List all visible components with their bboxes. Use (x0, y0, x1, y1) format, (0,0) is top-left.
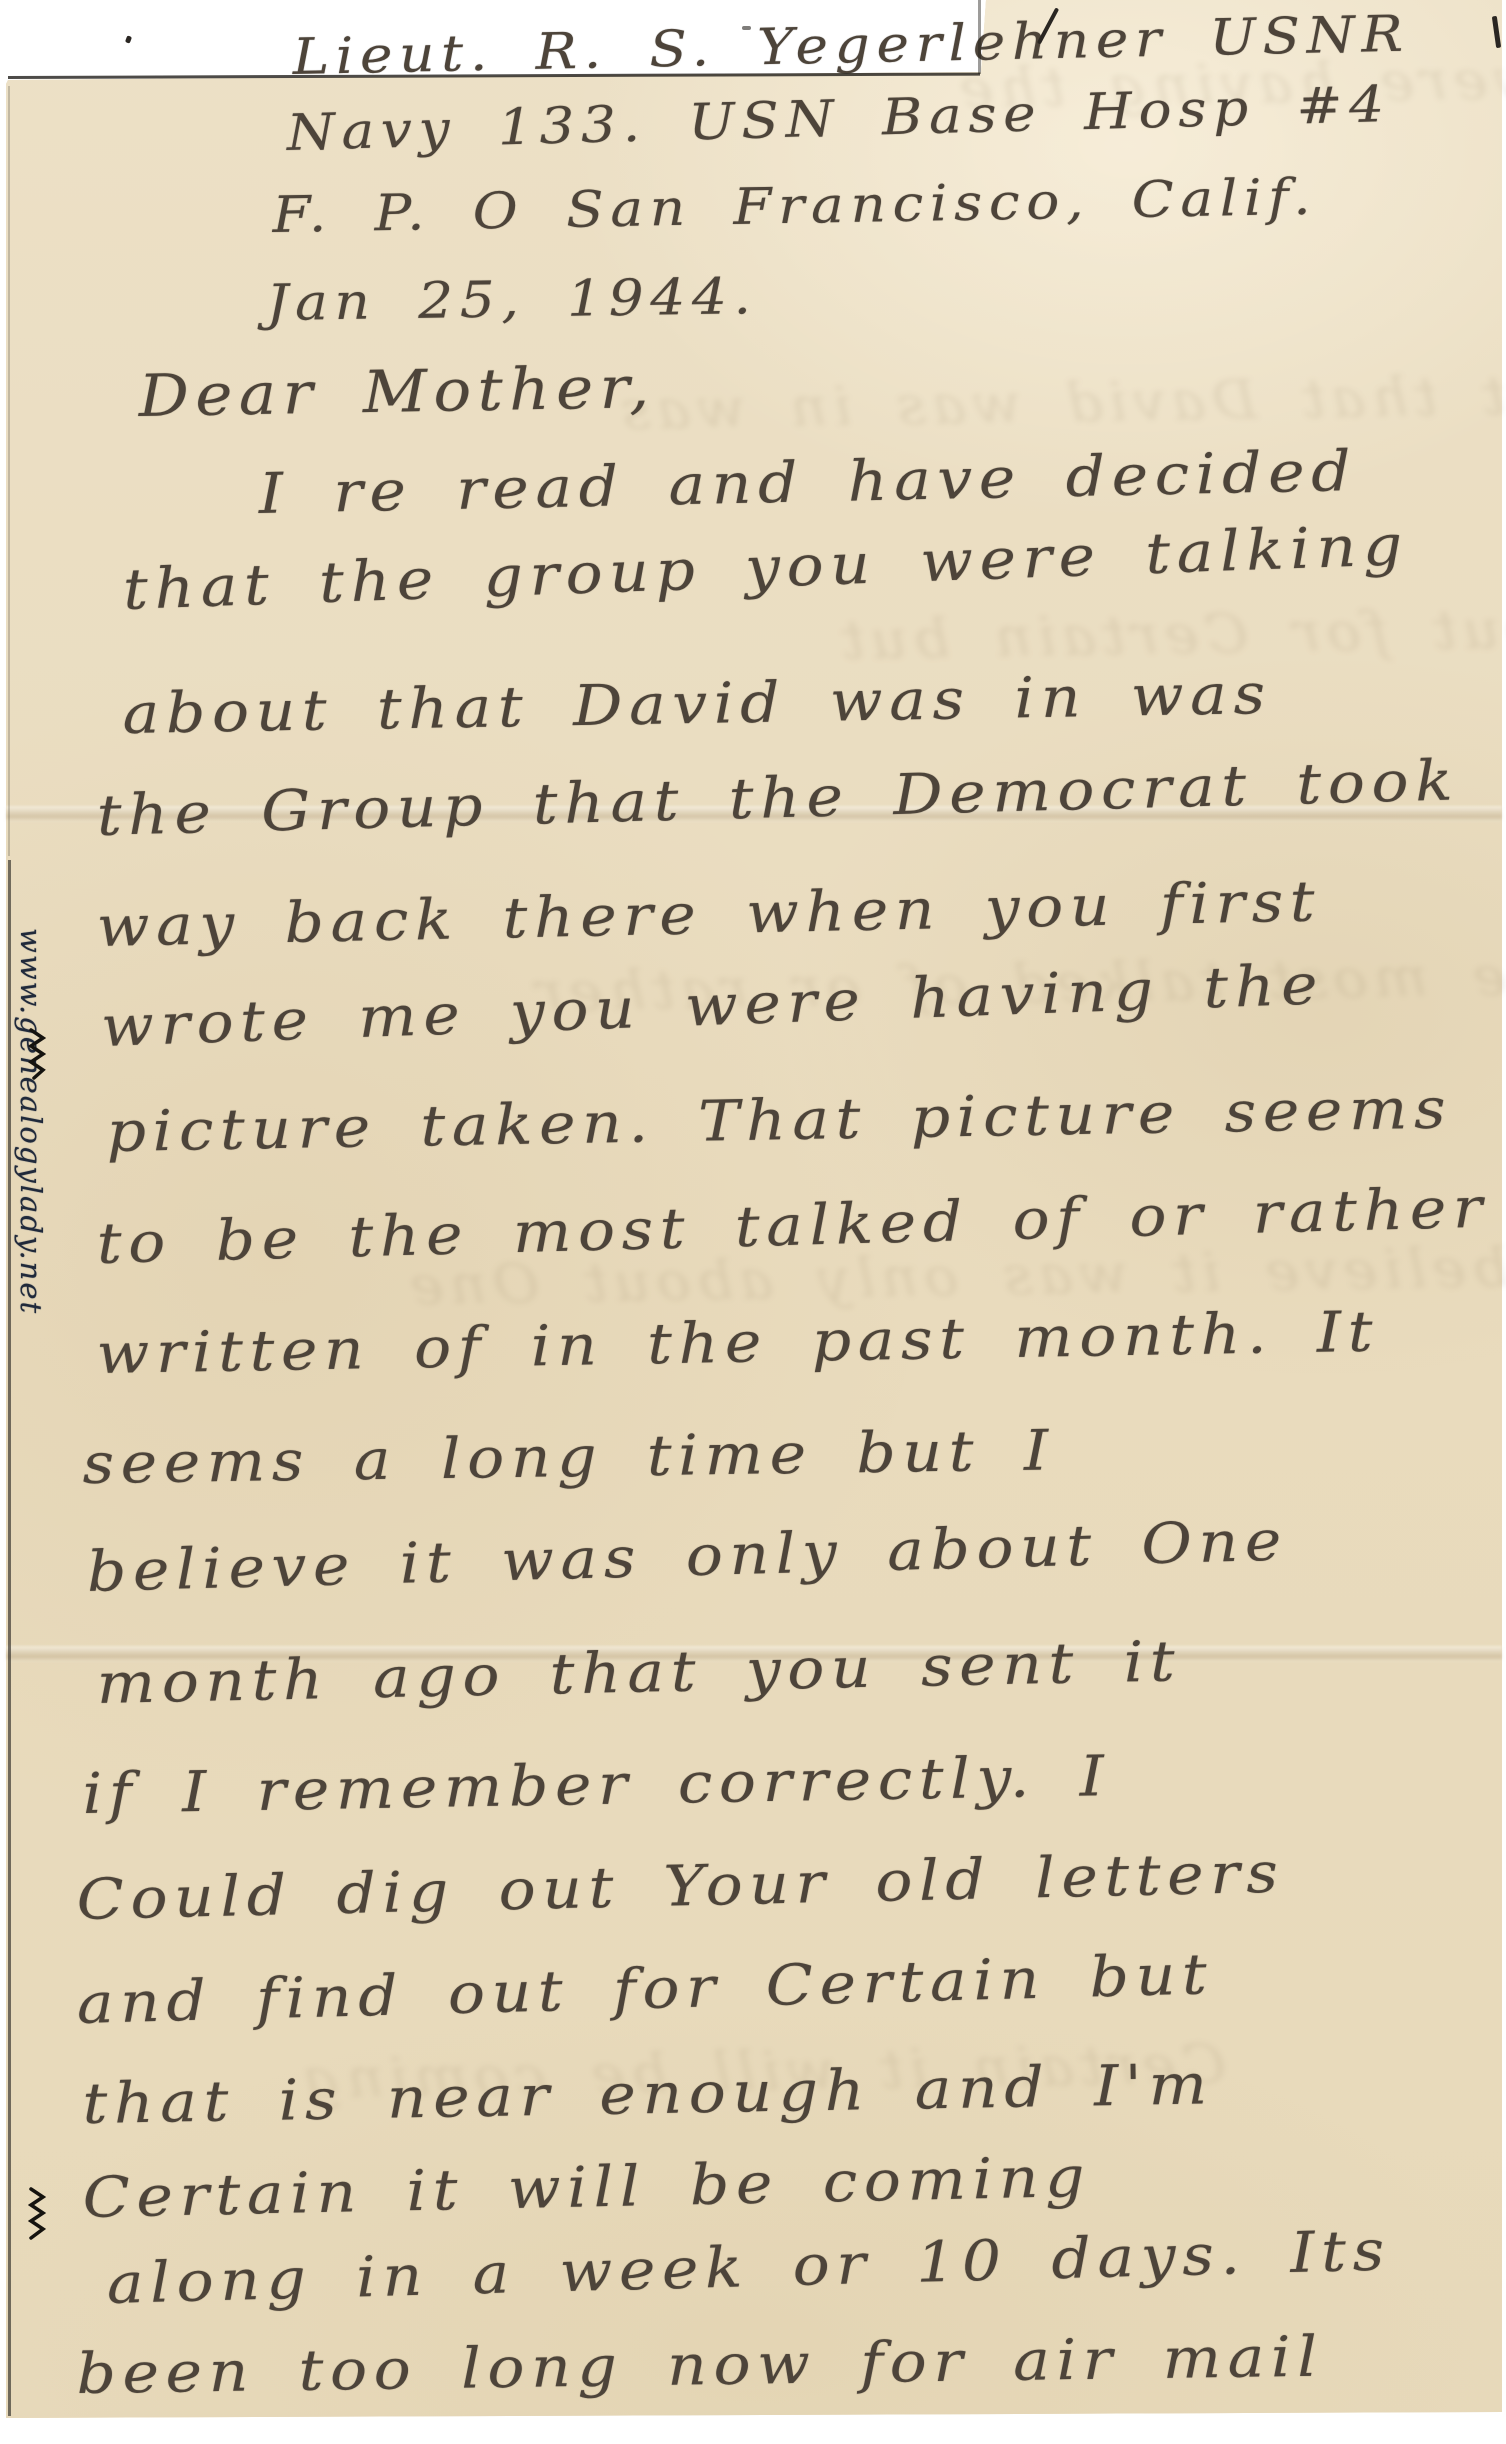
scan-speck (742, 26, 751, 30)
edge-scribble-mark (28, 1028, 46, 1080)
scanned-letter-page: wrote me you were having the about that … (0, 0, 1506, 2444)
scan-edge-left (8, 860, 11, 2416)
scan-speck (125, 35, 132, 43)
scan-edge-top-corner (978, 0, 981, 74)
watermark-text: www.genealogylady.net (12, 928, 48, 1438)
salutation: Dear Mother, (138, 353, 656, 430)
heading-line: Jan 25, 1944. (266, 267, 758, 332)
scan-edge-left-faint (8, 86, 10, 856)
edge-scribble-mark (28, 2186, 46, 2242)
body-line: seems a long time but I (82, 1418, 1055, 1497)
